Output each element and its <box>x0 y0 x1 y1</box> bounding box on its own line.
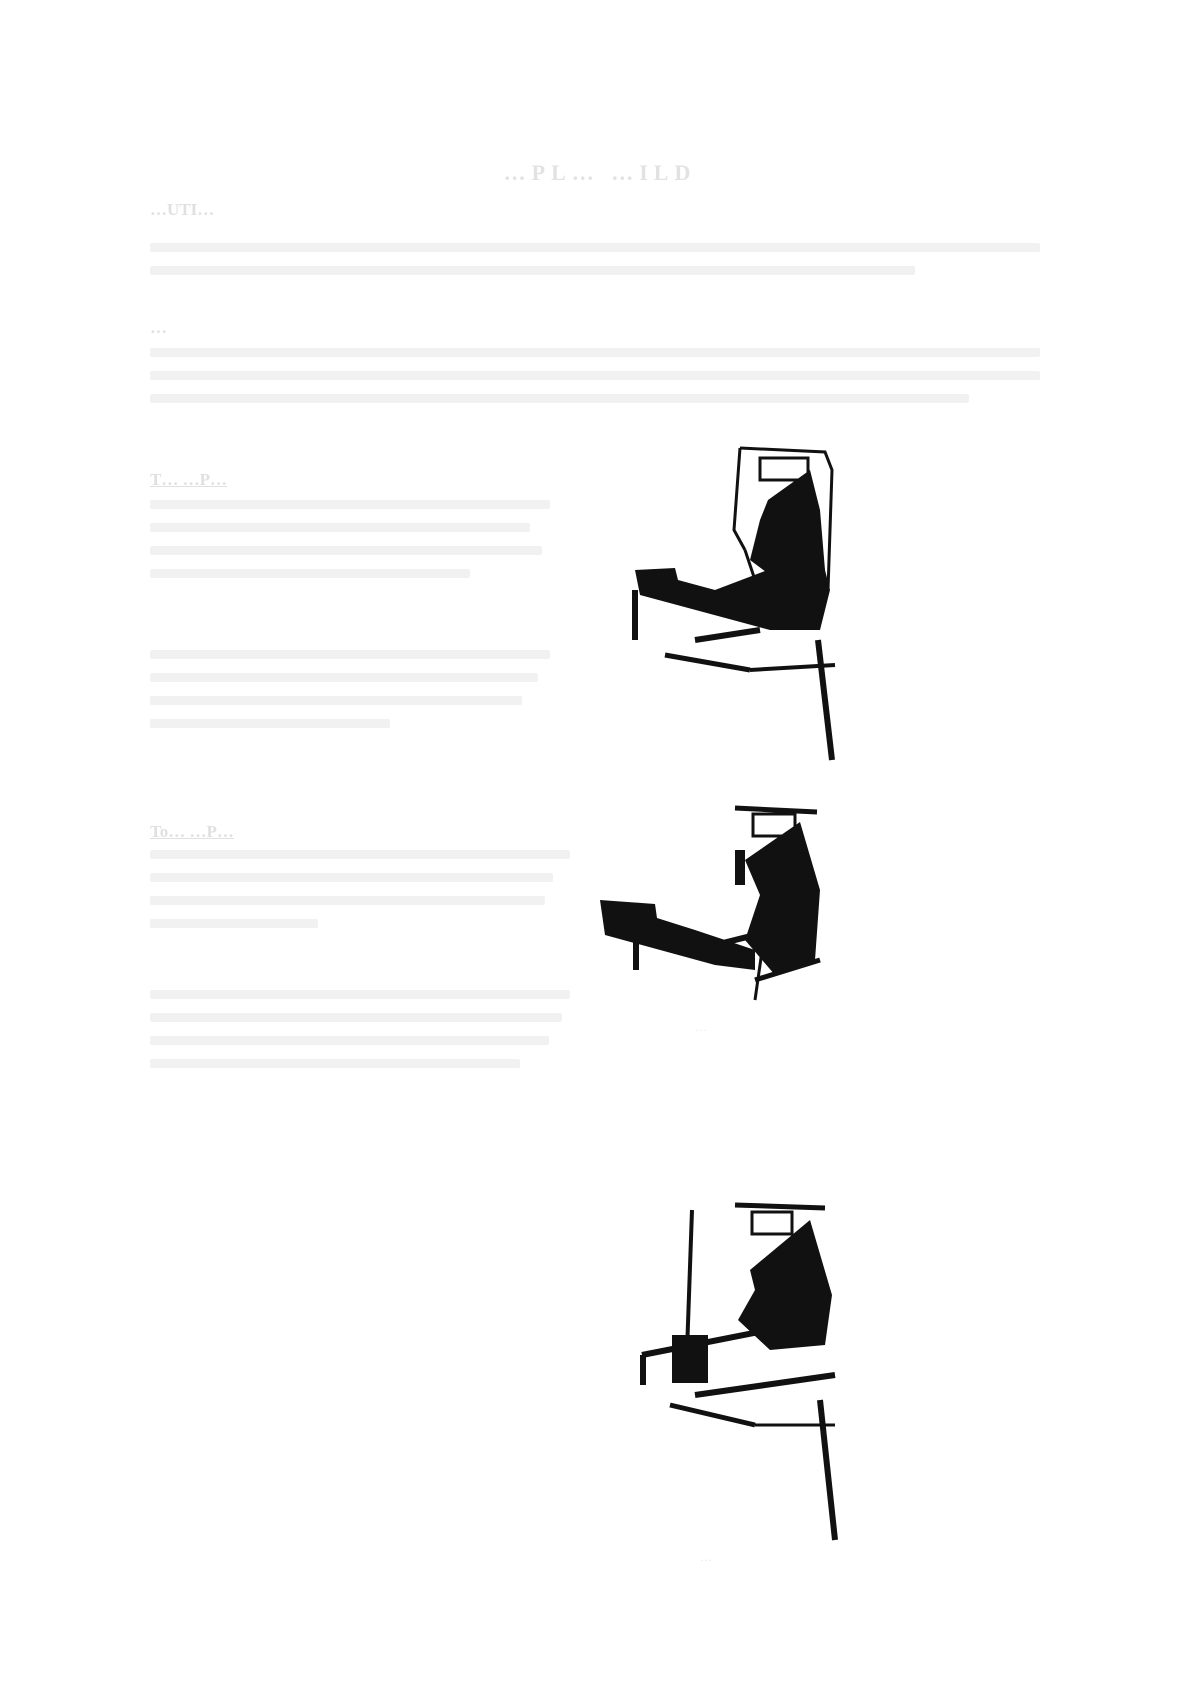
intro-paragraph <box>150 243 1040 289</box>
illegible-text-line <box>150 673 538 682</box>
illegible-text-line <box>150 990 570 999</box>
section-1-paragraph-1 <box>150 500 550 592</box>
illegible-text-line <box>150 569 470 578</box>
illegible-text-line <box>150 523 530 532</box>
illegible-text-line <box>150 546 542 555</box>
illegible-text-line <box>150 896 545 905</box>
illegible-text-line <box>150 348 1040 357</box>
illegible-text-line <box>150 919 318 928</box>
illegible-text-line <box>150 1059 520 1068</box>
illegible-text-line <box>150 719 390 728</box>
section-heading-sub: … <box>150 318 167 338</box>
section-1-paragraph-2 <box>150 650 550 742</box>
page-title: …PL… …ILD <box>400 160 800 186</box>
illegible-text-line <box>150 243 1040 252</box>
figure-1-machine-illustration <box>620 440 880 800</box>
figure-3-caption: … <box>700 1550 712 1565</box>
section-heading-1: T… …P… <box>150 470 227 490</box>
section-2-paragraph-2 <box>150 990 570 1082</box>
figure-2-machine-illustration: … <box>595 800 865 1090</box>
illegible-text-line <box>150 266 915 275</box>
section-heading-2: To… …P… <box>150 822 234 842</box>
illegible-text-line <box>150 1013 562 1022</box>
section-heading-intro: …UTI… <box>150 200 214 220</box>
section-2-paragraph-1 <box>150 850 570 942</box>
illegible-text-line <box>150 371 1040 380</box>
figure-3-machine-illustration: … <box>620 1200 880 1560</box>
sub-paragraph <box>150 348 1040 417</box>
figure-2-caption: … <box>695 1020 707 1035</box>
illegible-text-line <box>150 873 553 882</box>
illegible-text-line <box>150 500 550 509</box>
illegible-text-line <box>150 1036 549 1045</box>
illegible-text-line <box>150 394 969 403</box>
illegible-text-line <box>150 696 522 705</box>
illegible-text-line <box>150 650 550 659</box>
illegible-text-line <box>150 850 570 859</box>
